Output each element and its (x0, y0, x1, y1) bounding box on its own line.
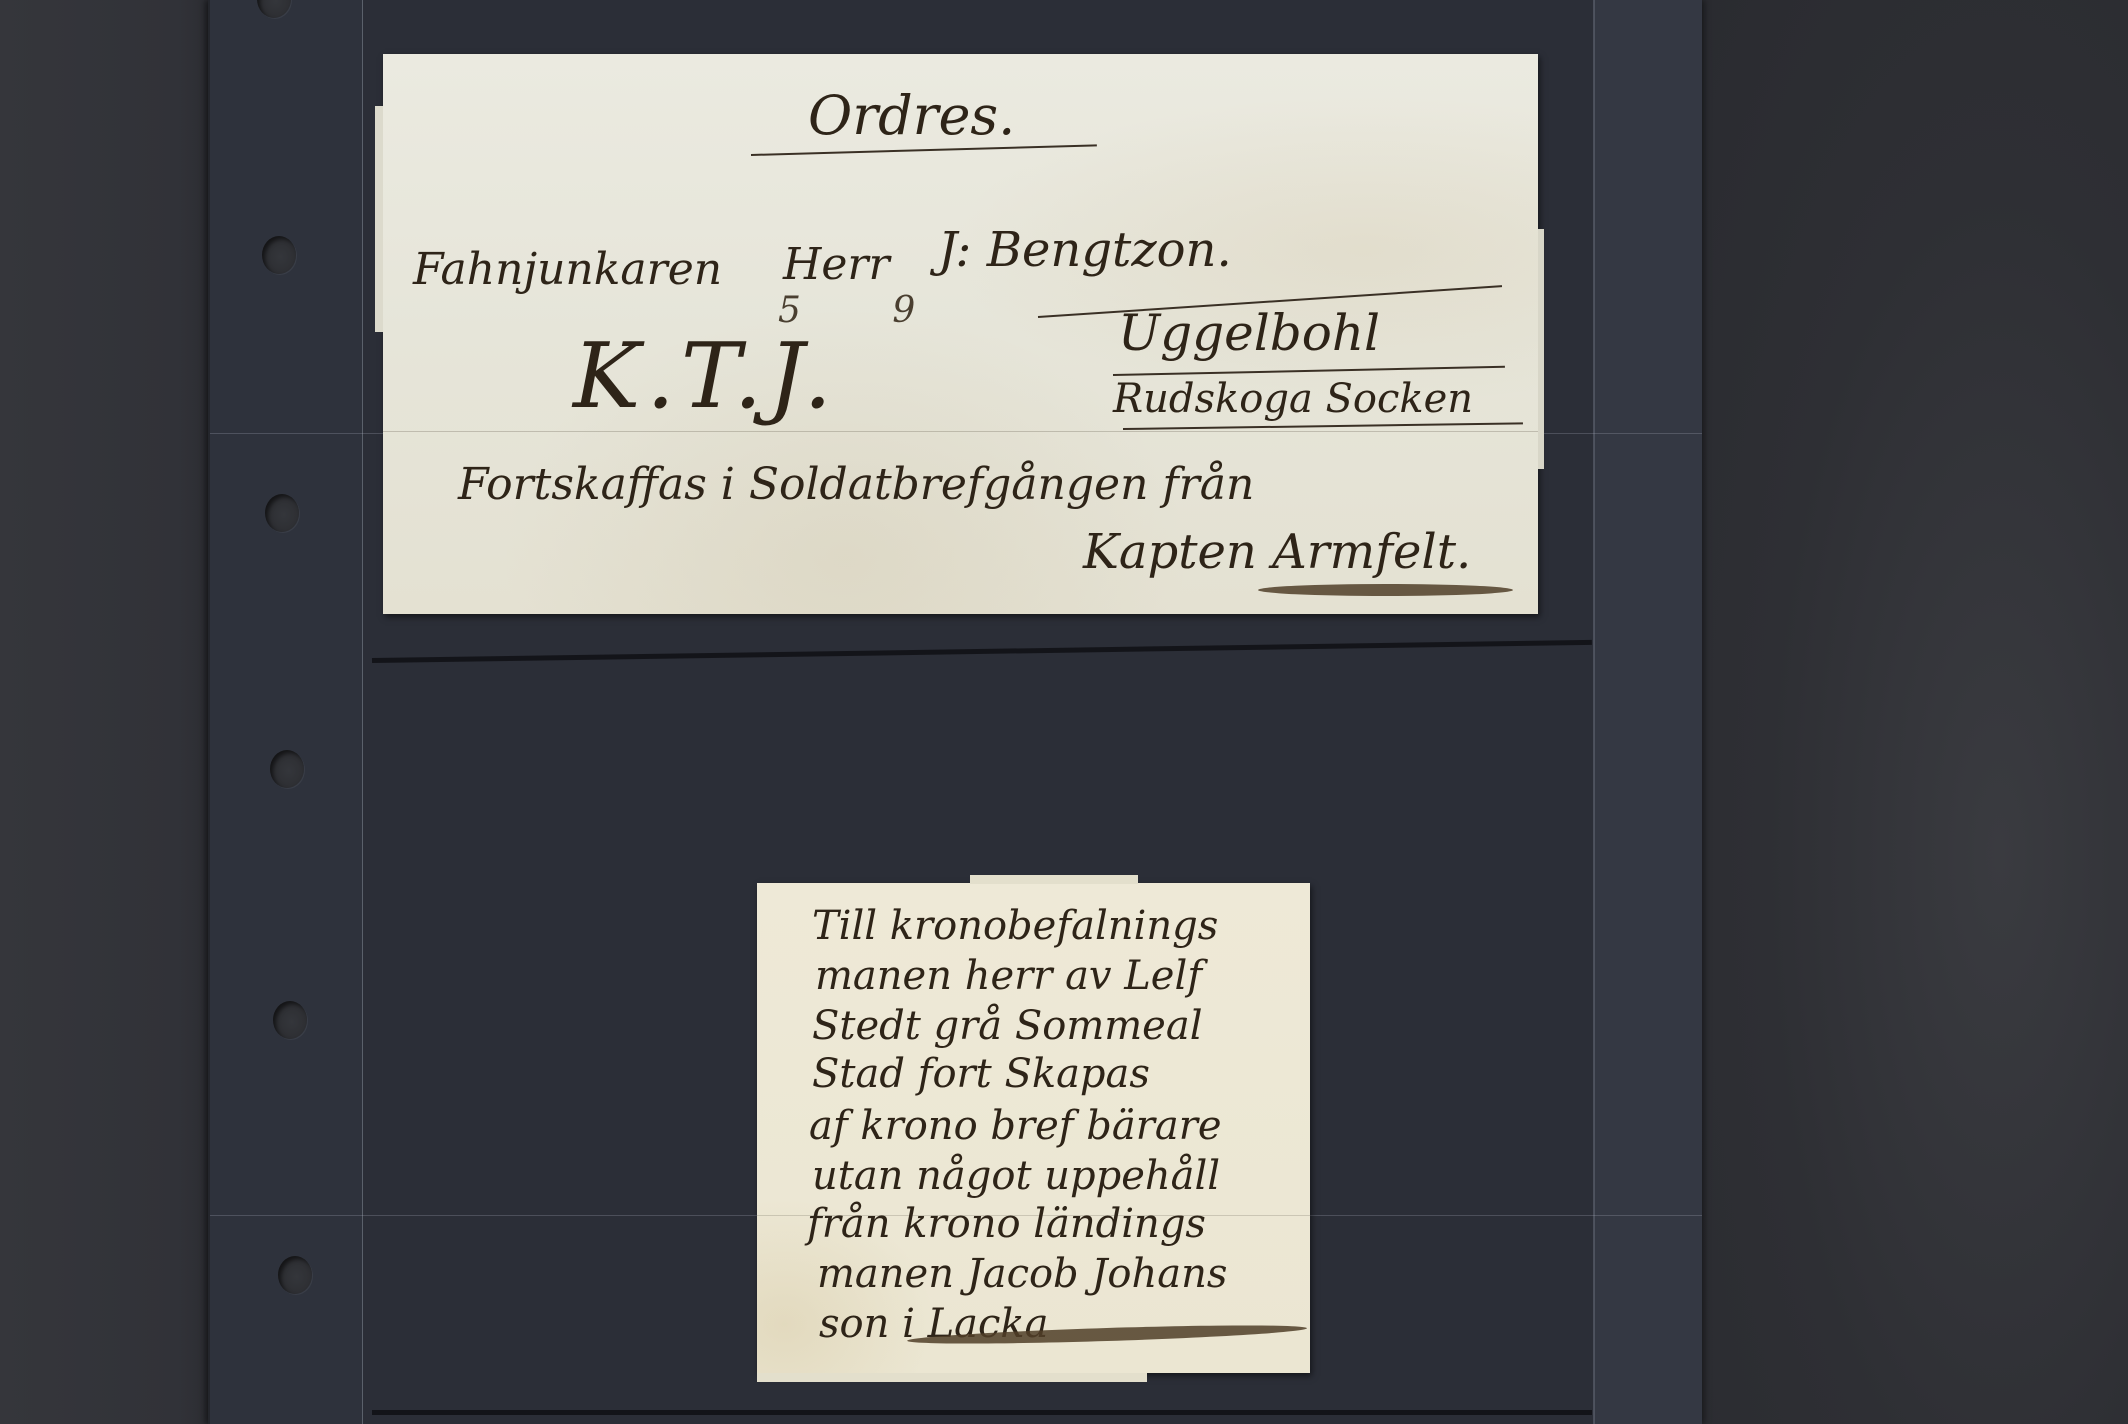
letter-line: manen Jacob Johans (817, 1251, 1227, 1297)
background-right (1700, 0, 2128, 1424)
punch-hole (270, 750, 304, 788)
punch-hole (262, 236, 296, 274)
letter-line: Till kronobefalnings (812, 903, 1218, 949)
address-rule (1113, 366, 1505, 376)
fold-crease (383, 431, 1538, 432)
letter-line: från krono ländings (807, 1201, 1206, 1247)
address-parish: Rudskoga Socken (1113, 376, 1473, 422)
letter-line: af krono bref bärare (809, 1103, 1222, 1149)
ink-underline-flourish (1258, 584, 1513, 596)
addressee-title: Fahnjunkaren (413, 244, 722, 295)
official-monogram: K.T.J. (573, 324, 838, 429)
pocket-top-edge (372, 640, 1592, 663)
paper-tab (375, 106, 383, 332)
punch-hole (265, 494, 299, 532)
upper-letter: Ordres. Fahnjunkaren Herr J: Bengtzon. 5… (383, 54, 1538, 614)
punch-hole (273, 1001, 307, 1039)
pocket-strip-edge (362, 0, 363, 1424)
background-left (0, 0, 222, 1424)
addressee-herr: Herr (783, 239, 889, 290)
letter-line: utan något uppehåll (812, 1153, 1220, 1199)
address-rule (1123, 422, 1523, 430)
paper-tab (1538, 229, 1544, 469)
pocket-bottom-edge (372, 1410, 1592, 1415)
punch-hole (278, 1256, 312, 1294)
paper-tab (757, 1373, 1147, 1382)
letter-line: manen herr av Lelf (815, 953, 1202, 999)
sender: Kapten Armfelt. (1083, 524, 1471, 580)
forwarding-instruction: Fortskaffas i Soldatbrefgången från (458, 459, 1254, 510)
address-place: Uggelbohl (1118, 304, 1380, 362)
paper-flap (970, 875, 1138, 884)
album-right-margin (1593, 0, 1702, 1424)
binding-strip (210, 0, 363, 1424)
lower-letter: Till kronobefalnings manen herr av Lelf … (757, 883, 1310, 1373)
letter-line: Stad fort Skapas (812, 1051, 1150, 1097)
addressee-name: J: Bengtzon. (938, 222, 1232, 278)
letter-line: Stedt grå Sommeal (812, 1003, 1203, 1049)
letter-heading: Ordres. (808, 84, 1015, 147)
pocket-strip-edge (1594, 0, 1595, 1424)
